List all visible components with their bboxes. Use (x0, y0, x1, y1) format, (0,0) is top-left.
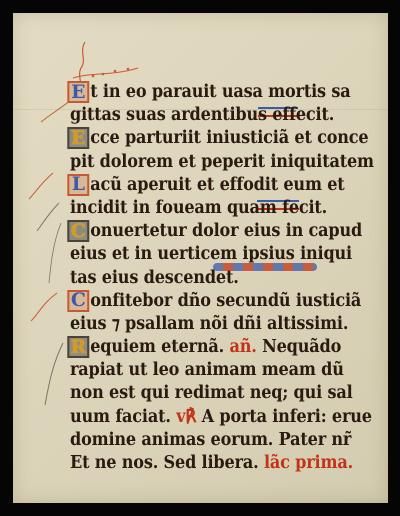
line-text: acũ aperuit et effodit eum et (90, 174, 344, 197)
line-text: t in eo parauit uasa mortis sa (90, 81, 350, 104)
text-line-9: tas eius descendet. (70, 267, 337, 290)
text-line-7: C onuertetur dolor eius in capud (70, 220, 337, 243)
line-text: A porta inferi: erue (202, 406, 372, 429)
decorated-initial-e: E (67, 81, 89, 103)
text-line-1: E t in eo parauit uasa mortis sa (70, 81, 337, 104)
line-text: tas eius descendet. (70, 267, 239, 290)
gilded-initial-c: C (67, 220, 89, 242)
line-text: equiem eternã. (90, 336, 224, 359)
gilded-initial-r: R (67, 336, 89, 358)
text-line-14: non est qui redimat neq; qui sal (70, 382, 337, 405)
text-line-6: incidit in foueam quam fecit. (70, 197, 337, 220)
text-line-5: L acũ aperuit et effodit eum et (70, 174, 337, 197)
line-text: non est qui redimat neq; qui sal (70, 382, 353, 405)
text-line-3: E cce parturiit iniusticiã et conce (70, 127, 337, 150)
text-line-11: eius ⁊ psallam nõi dñi altissimi. (70, 313, 337, 336)
line-text: uum faciat. (70, 406, 171, 429)
rubric-versicle: v℟ (176, 406, 196, 429)
rubric-antiphon: añ. (229, 336, 256, 359)
text-line-15: uum faciat. v℟ A porta inferi: erue (70, 406, 337, 429)
manuscript-leaf: E t in eo parauit uasa mortis sa gittas … (13, 13, 388, 503)
text-line-12: R equiem eternã. añ. Nequãdo (70, 336, 337, 359)
line-text: onfitebor dño secundũ iusticiã (90, 290, 361, 313)
text-line-16: domine animas eorum. Pater nr̃ (70, 429, 337, 452)
gilded-initial-e: E (67, 127, 89, 149)
line-text: onuertetur dolor eius in capud (90, 220, 362, 243)
text-line-10: C onfitebor dño secundũ iusticiã (70, 290, 337, 313)
text-line-2: gittas suas ardentibus effecit. (70, 104, 337, 127)
line-text: rapiat ut leo animam meam dũ (70, 359, 344, 382)
text-line-17: Et ne nos. Sed libera. lãc prima. (70, 452, 337, 475)
decorated-initial-c: C (67, 290, 89, 312)
text-line-4: pit dolorem et peperit iniquitatem (70, 151, 337, 174)
text-line-13: rapiat ut leo animam meam dũ (70, 359, 337, 382)
line-text: pit dolorem et peperit iniquitatem (70, 151, 374, 174)
decorated-initial-l: L (67, 174, 89, 196)
line-text: eius et in uerticem ipsius iniqui (70, 243, 352, 266)
rubric-lesson: lãc prima. (264, 452, 353, 475)
line-text: Nequãdo (262, 336, 341, 359)
line-text: Et ne nos. Sed libera. (70, 452, 259, 475)
text-line-8: eius et in uerticem ipsius iniqui (70, 243, 337, 266)
line-text: domine animas eorum. Pater nr̃ (70, 429, 351, 452)
line-text: gittas suas ardentibus effecit. (70, 104, 334, 127)
line-text: eius ⁊ psallam nõi dñi altissimi. (70, 313, 348, 336)
line-text: cce parturiit iniusticiã et conce (90, 127, 368, 150)
text-block: E t in eo parauit uasa mortis sa gittas … (70, 81, 360, 475)
line-text: incidit in foueam quam fecit. (70, 197, 327, 220)
